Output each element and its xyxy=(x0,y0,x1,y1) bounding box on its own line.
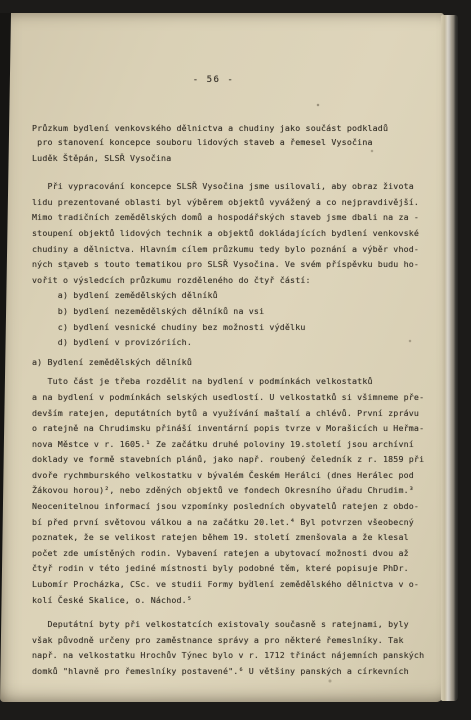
paragraph-deputatni: Deputátní byty při velkostatcích existov… xyxy=(32,617,425,679)
page-number: - 56 - xyxy=(32,73,425,89)
author-line: Luděk Štěpán, SLSŘ Vysočina xyxy=(32,151,425,167)
document-page: - 56 - Průzkum bydlení venkovského dělni… xyxy=(0,13,444,702)
paragraph-velkostatky: Tuto část je třeba rozdělit na bydlení v… xyxy=(32,374,425,608)
article-title: Průzkum bydlení venkovského dělnictva a … xyxy=(32,121,425,149)
paragraph-intro: Při vypracování koncepce SLSŘ Vysočina j… xyxy=(32,179,425,288)
book-page-edge xyxy=(441,15,458,701)
list-four-parts: a) bydlení zemědělských dělníků b) bydle… xyxy=(32,288,425,350)
section-heading-a: a) Bydlení zemědělských dělníků xyxy=(32,355,425,371)
scanned-book-photo: - 56 - Průzkum bydlení venkovského dělni… xyxy=(0,0,471,720)
page-content: - 56 - Průzkum bydlení venkovského dělni… xyxy=(0,13,444,680)
